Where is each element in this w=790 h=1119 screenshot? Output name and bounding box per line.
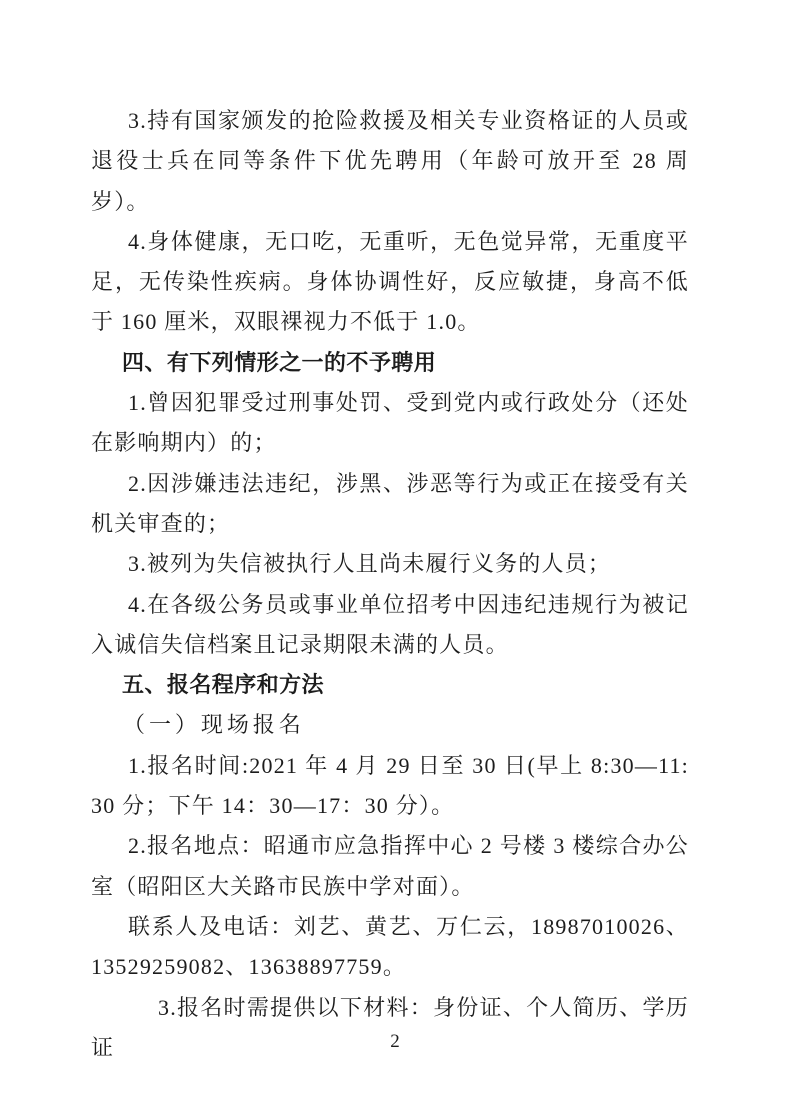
paragraph-contact-info: 联系人及电话：刘艺、黄艺、万仁云，18987010026、13529259082…: [91, 907, 689, 988]
section-heading-registration: 五、报名程序和方法: [91, 665, 689, 705]
paragraph-disqualify-3: 3.被列为失信被执行人且尚未履行义务的人员；: [91, 544, 689, 584]
section-heading-disqualification: 四、有下列情形之一的不予聘用: [91, 343, 689, 383]
paragraph-qualification-priority: 3.持有国家颁发的抢险救援及相关专业资格证的人员或退役士兵在同等条件下优先聘用（…: [91, 101, 689, 222]
paragraph-disqualify-2: 2.因涉嫌违法违纪，涉黑、涉恶等行为或正在接受有关机关审查的；: [91, 464, 689, 545]
page-number: 2: [0, 1030, 790, 1054]
paragraph-required-materials: 3.报名时需提供以下材料：身份证、个人简历、学历证: [91, 988, 689, 1069]
paragraph-disqualify-1: 1.曾因犯罪受过刑事处罚、受到党内或行政处分（还处在影响期内）的；: [91, 383, 689, 464]
paragraph-health-requirements: 4.身体健康，无口吃，无重听，无色觉异常，无重度平足，无传染性疾病。身体协调性好…: [91, 222, 689, 343]
paragraph-registration-place: 2.报名地点：昭通市应急指挥中心 2 号楼 3 楼综合办公室（昭阳区大关路市民族…: [91, 826, 689, 907]
document-content: 3.持有国家颁发的抢险救援及相关专业资格证的人员或退役士兵在同等条件下优先聘用（…: [91, 101, 689, 1068]
paragraph-disqualify-4: 4.在各级公务员或事业单位招考中因违纪违规行为被记入诚信失信档案且记录期限未满的…: [91, 585, 689, 666]
paragraph-registration-time: 1.报名时间:2021 年 4 月 29 日至 30 日(早上 8:30—11:…: [91, 746, 689, 827]
document-page: 3.持有国家颁发的抢险救援及相关专业资格证的人员或退役士兵在同等条件下优先聘用（…: [0, 0, 790, 1119]
subsection-heading-onsite: （一）现场报名: [91, 705, 689, 745]
